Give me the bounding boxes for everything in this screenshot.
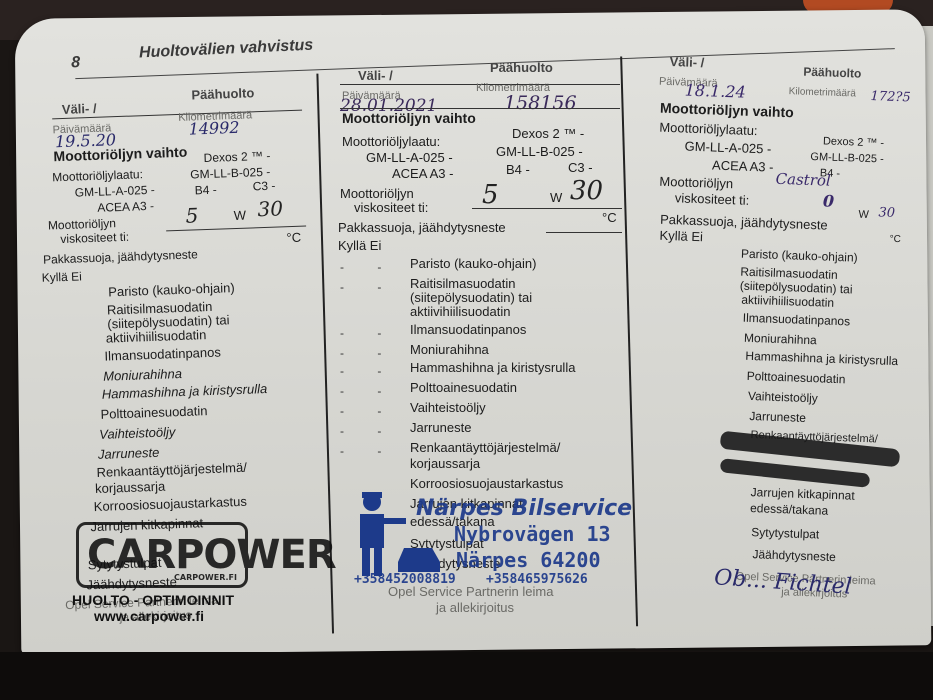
oil-brand-entry: Castrol bbox=[775, 170, 831, 190]
date-entry: 18.1.24 bbox=[684, 81, 746, 102]
oil-change-heading: Moottoriöljyn vaihto bbox=[660, 100, 794, 121]
oil-option: GM-LL-A-025 - bbox=[684, 139, 771, 157]
checklist-item: Ilmansuodatinpanos bbox=[743, 311, 851, 329]
background-bottom bbox=[0, 652, 933, 700]
w-label: W bbox=[858, 209, 869, 221]
oil-quality-label: Moottoriöljylaatu: bbox=[659, 120, 758, 138]
viscosity-b: 30 bbox=[878, 205, 895, 221]
checklist-item: Jarruneste bbox=[749, 409, 806, 425]
checklist-item: Jäähdytysneste bbox=[752, 547, 836, 564]
checklist-item: aktiivihiilisuodatin bbox=[741, 293, 834, 310]
checklist-item: Jarrujen kitkapinnat bbox=[750, 485, 854, 503]
service-column-3: Väli- / Päähuolto Päivämäärä Kilometrimä… bbox=[0, 0, 933, 645]
checklist-item: Paristo (kauko-ohjain) bbox=[741, 247, 858, 265]
oil-option: GM-LL-B-025 - bbox=[810, 151, 884, 166]
main-service-label: Päähuolto bbox=[803, 65, 861, 81]
checklist-item: Hammashihna ja kiristysrulla bbox=[745, 349, 898, 368]
viscosity-label: viskositeet ti: bbox=[675, 190, 750, 208]
km-label: Kilometrimäärä bbox=[788, 86, 856, 99]
checklist-item: Polttoainesuodatin bbox=[746, 369, 845, 386]
celsius-label: °C bbox=[889, 234, 901, 245]
yes-no-label: Kyllä Ei bbox=[659, 228, 703, 245]
checklist-item: Sytytystulpat bbox=[751, 525, 819, 541]
km-entry: 172?5 bbox=[870, 89, 911, 105]
oil-option: ACEA A3 - bbox=[712, 158, 774, 175]
viscosity-a: 0 bbox=[823, 191, 835, 210]
viscosity-label: Moottoriöljyn bbox=[659, 174, 733, 192]
checklist-item: Vaihteistoöljy bbox=[748, 389, 818, 405]
interval-label: Väli- / bbox=[669, 54, 704, 70]
checklist-item: Moniurahihna bbox=[744, 331, 817, 348]
checklist-item: edessä/takana bbox=[750, 501, 829, 518]
oil-option: Dexos 2 ™ - bbox=[823, 135, 885, 149]
